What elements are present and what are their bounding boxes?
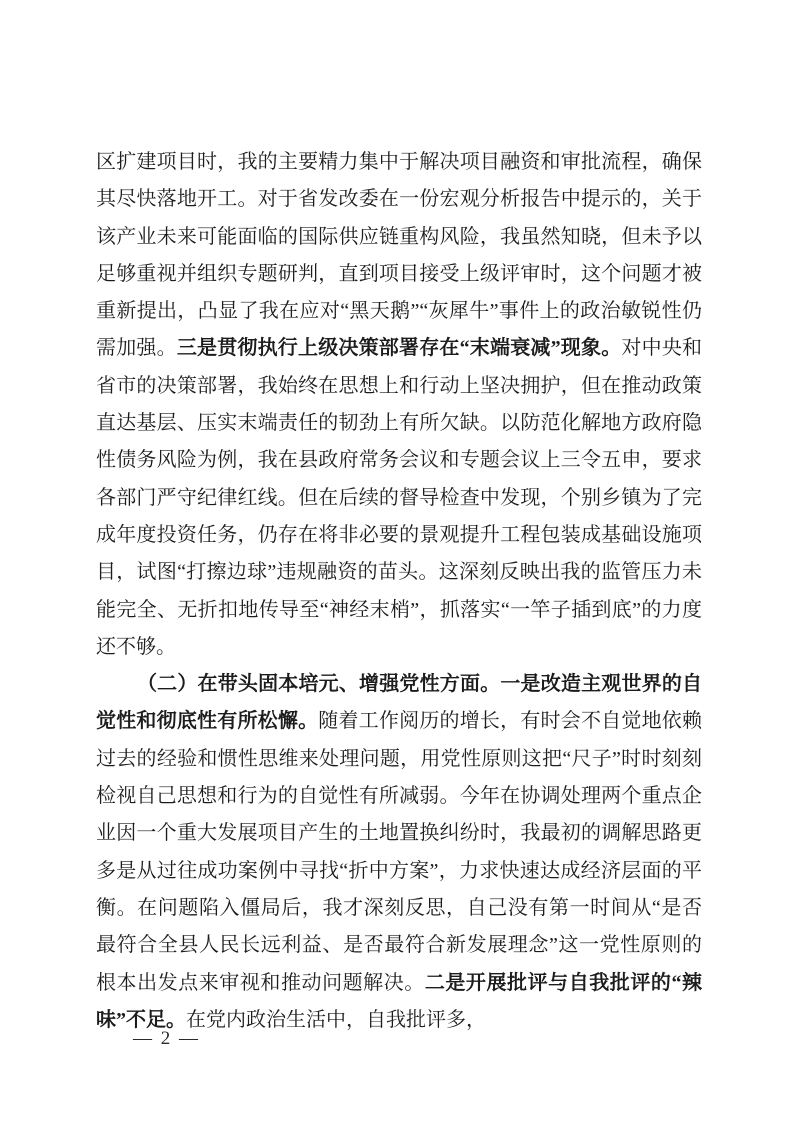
text-run: 区扩建项目时，我的主要精力集中于解决项目融资和审批流程，确保其尽快落地开工。对于…	[96, 151, 702, 359]
paragraph: 区扩建项目时，我的主要精力集中于解决项目融资和审批流程，确保其尽快落地开工。对于…	[96, 144, 702, 666]
page-number: — 2 —	[133, 1026, 200, 1052]
text-run: 随着工作阅历的增长，有时会不自觉地依赖过去的经验和惯性思维来处理问题，用党性原则…	[96, 710, 702, 993]
text-run: 在党内政治生活中，自我批评多，	[186, 1009, 486, 1031]
paragraph: （二）在带头固本培元、增强党性方面。一是改造主观世界的自觉性和彻底性有所松懈。随…	[96, 666, 702, 1039]
text-run-bold: 三是贯彻执行上级决策部署存在“末端衰减”现象。	[177, 337, 622, 359]
document-body: 区扩建项目时，我的主要精力集中于解决项目融资和审批流程，确保其尽快落地开工。对于…	[96, 144, 702, 1039]
document-page: 区扩建项目时，我的主要精力集中于解决项目融资和审批流程，确保其尽快落地开工。对于…	[0, 0, 793, 1122]
text-run-bold: （二）在带头固本培元、增强党性方面。	[137, 673, 500, 695]
text-run: 对中央和省市的决策部署，我始终在思想上和行动上坚决拥护，但在推动政策直达基层、压…	[96, 337, 702, 657]
